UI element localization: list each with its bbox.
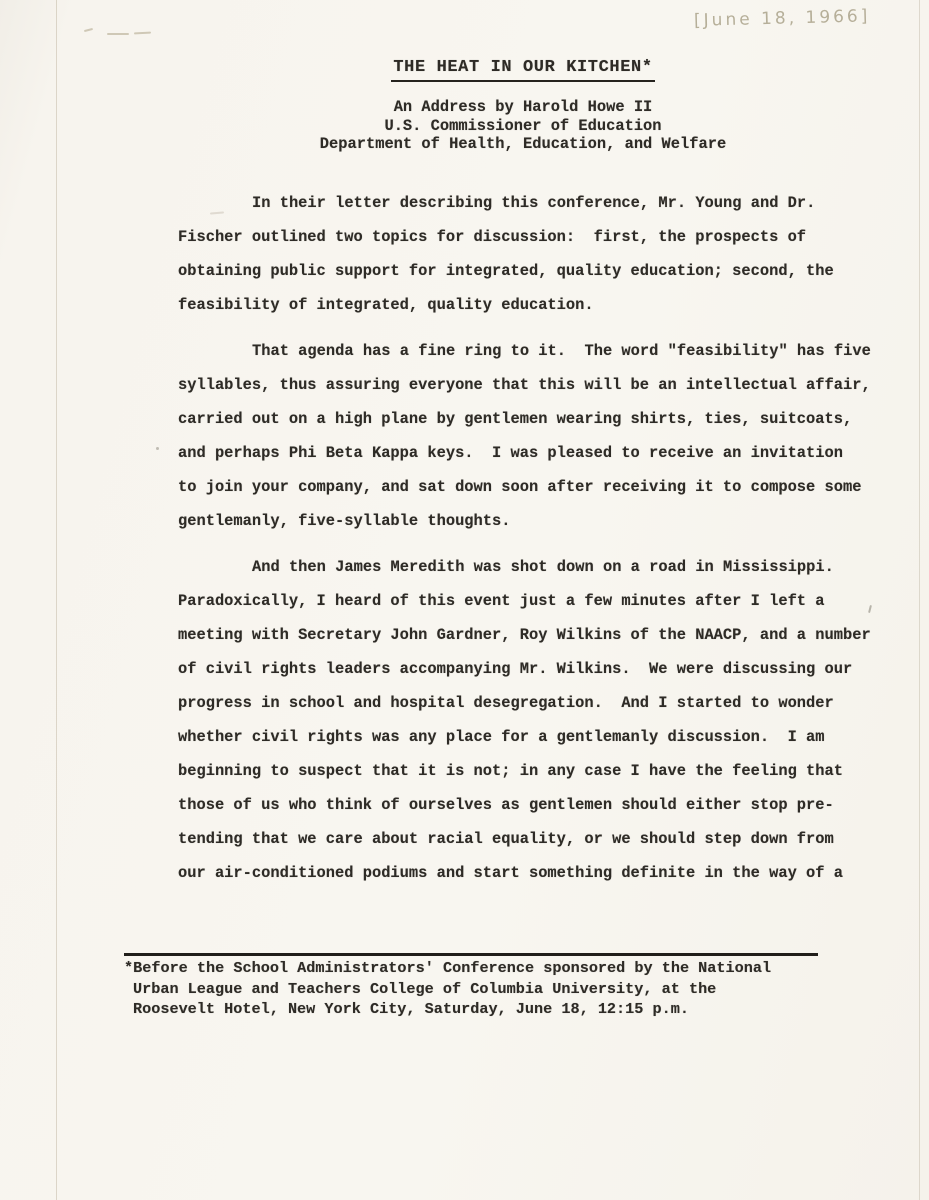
document-title: THE HEAT IN OUR KITCHEN* [391, 58, 654, 82]
handwritten-date-note: [June 18, 1966] [694, 5, 914, 31]
text-line: beginning to suspect that it is not; in … [178, 754, 890, 788]
pencil-smudge [84, 28, 93, 32]
footnote-block: *Before the School Administrators' Confe… [124, 958, 864, 1020]
text-line: That agenda has a fine ring to it. The w… [178, 334, 890, 368]
text-line: carried out on a high plane by gentlemen… [178, 402, 890, 436]
footnote-separator-rule [124, 953, 818, 956]
text-line: Paradoxically, I heard of this event jus… [178, 584, 890, 618]
byline-line: Department of Health, Education, and Wel… [178, 135, 868, 154]
text-line: tending that we care about racial equali… [178, 822, 890, 856]
paragraph: That agenda has a fine ring to it. The w… [178, 334, 890, 538]
byline-line: U.S. Commissioner of Education [178, 117, 868, 136]
paragraph: And then James Meredith was shot down on… [178, 550, 890, 890]
scanned-document-page: [June 18, 1966] THE HEAT IN OUR KITCHEN*… [0, 0, 929, 1200]
text-line: obtaining public support for integrated,… [178, 254, 890, 288]
title-block: THE HEAT IN OUR KITCHEN* [178, 58, 868, 82]
pencil-smudge [107, 33, 129, 35]
footnote-line: Urban League and Teachers College of Col… [124, 979, 864, 1000]
text-line: progress in school and hospital desegreg… [178, 686, 890, 720]
text-line: and perhaps Phi Beta Kappa keys. I was p… [178, 436, 890, 470]
text-line: syllables, thus assuring everyone that t… [178, 368, 890, 402]
byline-block: An Address by Harold Howe IIU.S. Commiss… [178, 98, 868, 154]
paper-edge-line [56, 0, 57, 1200]
text-line: meeting with Secretary John Gardner, Roy… [178, 618, 890, 652]
text-line: In their letter describing this conferen… [178, 186, 890, 220]
footnote-line: Roosevelt Hotel, New York City, Saturday… [124, 999, 864, 1020]
byline-line: An Address by Harold Howe II [178, 98, 868, 117]
text-line: Fischer outlined two topics for discussi… [178, 220, 890, 254]
text-line: feasibility of integrated, quality educa… [178, 288, 890, 322]
text-line: gentlemanly, five-syllable thoughts. [178, 504, 890, 538]
paper-edge-line [919, 0, 920, 1200]
text-line: And then James Meredith was shot down on… [178, 550, 890, 584]
text-line: our air-conditioned podiums and start so… [178, 856, 890, 890]
text-line: to join your company, and sat down soon … [178, 470, 890, 504]
footnote-line: *Before the School Administrators' Confe… [124, 958, 864, 979]
speech-body: In their letter describing this conferen… [178, 186, 890, 890]
text-line: whether civil rights was any place for a… [178, 720, 890, 754]
text-line: those of us who think of ourselves as ge… [178, 788, 890, 822]
paragraph: In their letter describing this conferen… [178, 186, 890, 322]
pencil-smudge [134, 32, 151, 34]
text-line: of civil rights leaders accompanying Mr.… [178, 652, 890, 686]
paper-speck [156, 447, 159, 450]
